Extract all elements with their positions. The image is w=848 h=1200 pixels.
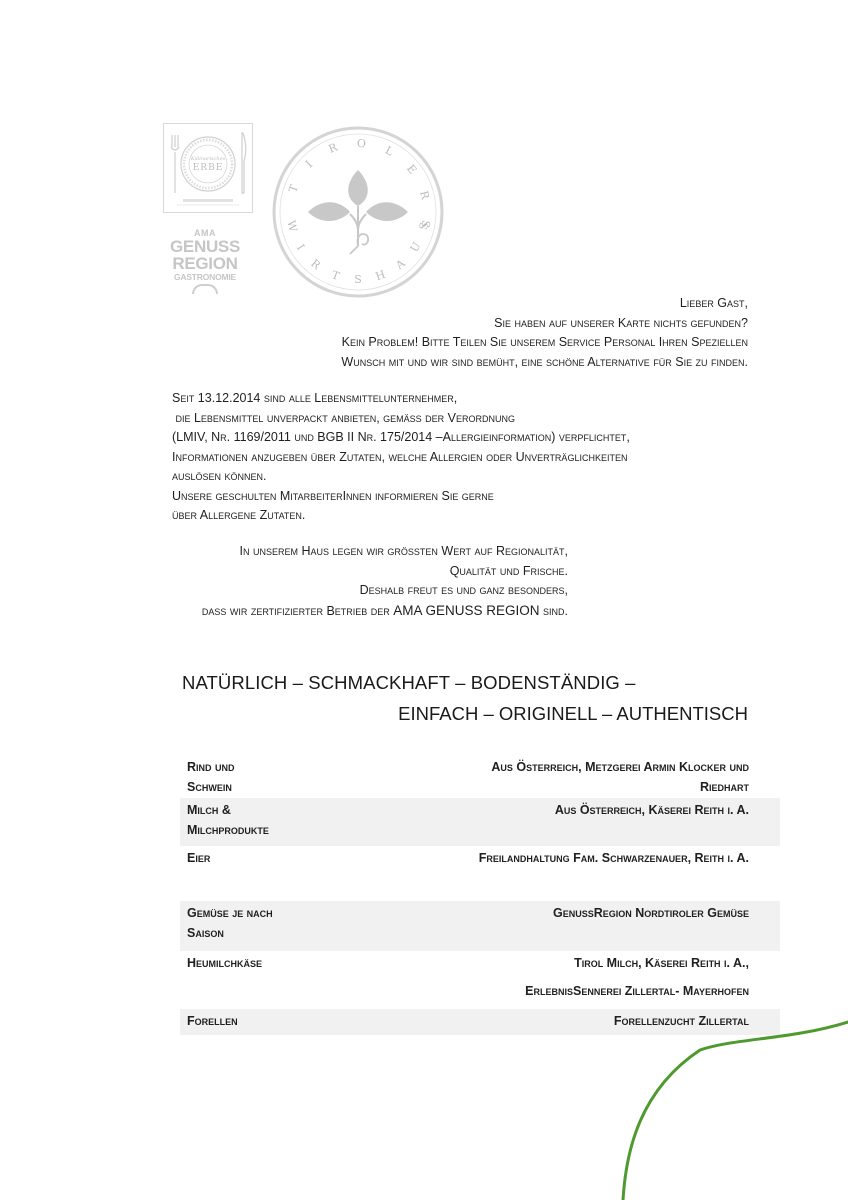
greeting-line: Wunsch mit und wir sind bemüht, eine sch…	[200, 353, 748, 373]
regional-line-text: sind.	[540, 604, 568, 618]
svg-text:W: W	[284, 219, 299, 233]
svg-text:I: I	[303, 158, 315, 170]
svg-text:R: R	[308, 257, 323, 273]
product-name: Saison	[187, 924, 317, 944]
source-text: Riedhart	[331, 778, 749, 798]
table-row: Heumilchkäse Tirol Milch, Käserei Reith …	[180, 951, 780, 1009]
source-text: ErlebnisSennerei Zillertal- Mayerhofen	[331, 982, 749, 1002]
product-cell: Gemüse je nachSaison	[180, 901, 324, 951]
table-row: Rind undSchwein Aus Österreich, Metzgere…	[180, 757, 780, 798]
allergen-info-line: (LMIV, Nr. 1169/2011 und BGB II Nr. 175/…	[172, 428, 772, 448]
product-name: Milch &	[187, 801, 317, 821]
product-cell: Milch &Milchprodukte	[180, 798, 324, 846]
regional-line: Deshalb freut es und ganz besonders,	[150, 581, 568, 601]
ama-logo-line3: GASTRONOMIE	[163, 272, 247, 283]
regional-line: dass wir zertifizierter Betrieb der AMA …	[150, 601, 568, 622]
product-cell: Eier	[180, 846, 324, 901]
source-text: Forellenzucht Zillertal	[331, 1012, 749, 1032]
three-leaf-sprout-icon	[308, 170, 408, 254]
regional-line: In unserem Haus legen wir größten Wert a…	[150, 542, 568, 562]
regional-statement: In unserem Haus legen wir größten Wert a…	[150, 542, 568, 621]
table-row: Eier Freilandhaltung Fam. Schwarzenauer,…	[180, 846, 780, 901]
greeting-line: Sie haben auf unserer Karte nichts gefun…	[200, 314, 748, 334]
kulinarisches-erbe-logo: Kulinarisches ERBE	[163, 123, 253, 213]
allergen-info-line: über Allergene Zutaten.	[172, 506, 772, 526]
product-name: Schwein	[187, 778, 317, 798]
svg-text:ERBE: ERBE	[193, 163, 224, 173]
source-cell: GenussRegion Nordtiroler Gemüse	[324, 901, 780, 951]
product-cell: Rind undSchwein	[180, 757, 324, 798]
source-cell: Forellenzucht Zillertal	[324, 1009, 780, 1035]
svg-text:T: T	[330, 268, 342, 283]
regional-line: Qualität und Frische.	[150, 562, 568, 582]
product-name: Rind und	[187, 758, 317, 778]
svg-text:R: R	[417, 189, 432, 201]
source-text: Freilandhaltung Fam. Schwarzenauer, Reit…	[331, 849, 749, 869]
tiroler-wirtshaus-emblem: TIROLERSWIRTSHAUS	[272, 126, 444, 298]
product-cell: Forellen	[180, 1009, 324, 1035]
table-row: Forellen Forellenzucht Zillertal	[180, 1009, 780, 1035]
source-cell: Freilandhaltung Fam. Schwarzenauer, Reit…	[324, 846, 780, 901]
svg-text:U: U	[408, 240, 424, 255]
allergen-info-line: auslösen können.	[172, 467, 772, 487]
product-name: Eier	[187, 849, 317, 869]
svg-text:Kulinarisches: Kulinarisches	[190, 156, 226, 162]
source-cell: Aus Österreich, Käserei Reith i. A.	[324, 798, 780, 846]
source-text: Tirol Milch, Käserei Reith i. A.,	[331, 954, 749, 974]
svg-text:A: A	[393, 256, 409, 272]
product-name: Forellen	[187, 1012, 317, 1032]
kulinarisches-erbe-seal-icon: Kulinarisches ERBE	[163, 123, 253, 213]
product-name: Milchprodukte	[187, 821, 317, 841]
source-text: Aus Österreich, Metzgerei Armin Klocker …	[331, 758, 749, 778]
svg-text:R: R	[327, 140, 340, 155]
source-cell: Tirol Milch, Käserei Reith i. A.,Erlebni…	[324, 951, 780, 1009]
slogan-line-2: EINFACH – ORIGINELL – AUTHENTISCH	[300, 703, 748, 725]
ama-genuss-region-brand: AMA GENUSS REGION	[393, 603, 539, 618]
allergen-info-line: die Lebensmittel unverpackt anbieten, ge…	[172, 409, 772, 429]
table-row: Gemüse je nachSaison GenussRegion Nordti…	[180, 901, 780, 951]
svg-text:O: O	[357, 137, 367, 150]
source-cell: Aus Österreich, Metzgerei Armin Klocker …	[324, 757, 780, 798]
regional-line-text: dass wir zertifizierter Betrieb der	[202, 604, 393, 618]
table-row: Milch &Milchprodukte Aus Österreich, Käs…	[180, 798, 780, 846]
product-name: Heumilchkäse	[187, 954, 317, 974]
source-text: GenussRegion Nordtiroler Gemüse	[331, 904, 749, 924]
ama-genuss-region-logo: AMA GENUSS REGION GASTRONOMIE	[163, 228, 247, 298]
product-cell: Heumilchkäse	[180, 951, 324, 1009]
svg-text:S: S	[354, 273, 362, 286]
ama-logo-line2: REGION	[163, 255, 247, 272]
cloche-icon	[192, 284, 218, 294]
tiroler-wirtshaus-logo: TIROLERSWIRTSHAUS	[272, 126, 444, 298]
ama-logo-line1: GENUSS	[163, 238, 247, 255]
greeting-block: Lieber Gast, Sie haben auf unserer Karte…	[200, 294, 748, 372]
svg-text:L: L	[383, 144, 396, 159]
greeting-line: Kein Problem! Bitte Teilen Sie unserem S…	[200, 333, 748, 353]
svg-text:T: T	[286, 182, 301, 194]
svg-text:I: I	[294, 242, 307, 253]
allergen-info-line: Unsere geschulten MitarbeiterInnen infor…	[172, 487, 772, 507]
svg-text:E: E	[404, 162, 419, 176]
greeting-line: Lieber Gast,	[200, 294, 748, 314]
source-text: Aus Österreich, Käserei Reith i. A.	[331, 801, 749, 821]
svg-text:H: H	[374, 268, 387, 283]
product-name: Gemüse je nach	[187, 904, 317, 924]
allergen-info-line: Seit 13.12.2014 sind alle Lebensmittelun…	[172, 389, 772, 409]
allergen-info-block: Seit 13.12.2014 sind alle Lebensmittelun…	[172, 389, 772, 526]
supplier-table: Rind undSchwein Aus Österreich, Metzgere…	[180, 757, 780, 1035]
slogan-line-1: NATÜRLICH – SCHMACKHAFT – BODENSTÄNDIG –	[182, 672, 636, 694]
allergen-info-line: Informationen anzugeben über Zutaten, we…	[172, 448, 772, 468]
